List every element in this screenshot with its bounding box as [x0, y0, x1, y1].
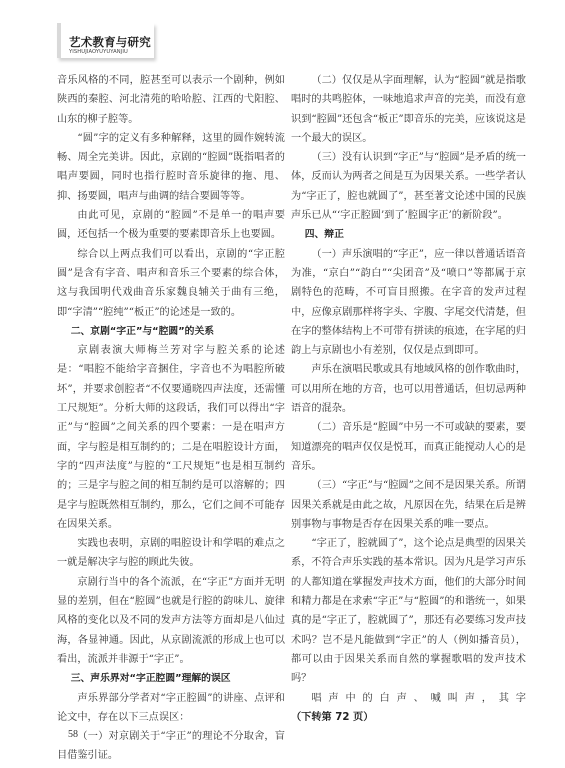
paragraph: 音乐风格的不同，腔甚至可以表示一个剧种，例如陕西的秦腔、河北清苑的哈哈腔、江西的…	[57, 71, 285, 129]
paragraph: 由此可见，京剧的“腔圆”不是单一的唱声要圆，还包括一个极为重要的要素即音乐上也要…	[57, 206, 285, 245]
paragraph: （二）音乐是“腔圆”中另一不可或缺的要素，要知道漂亮的唱声仅仅是悦耳，而真正能搅…	[291, 418, 526, 476]
journal-pinyin: YISHUJIAOYUYUYANJIU	[69, 49, 128, 55]
paragraph: 声乐在演唱民歌或具有地域风格的创作歌曲时，可以用所在地的方音，也可以用普通话，但…	[291, 360, 526, 418]
paragraph: 实践也表明，京剧的唱腔设计和学唱的难点之一就是解决字与腔的顾此失彼。	[57, 534, 285, 573]
paragraph: （一）声乐演唱的“字正”，应一律以普通话语音为准，“京白”“韵白”“尖团音”及“…	[291, 245, 526, 361]
paragraph: “字正了，腔就圆了”，这个论点是典型的因果关系，不符合声乐实践的基本常识。因为凡…	[291, 534, 526, 688]
journal-title: 艺术教育与研究	[69, 34, 151, 50]
journal-masthead: 艺术教育与研究 YISHUJIAOYUYUYANJIU	[57, 23, 154, 58]
page-number: 58	[68, 729, 78, 740]
section-heading-4: 四、辩正	[291, 225, 526, 244]
paragraph-text: 唱声中的白声、喊叫声，其字	[311, 693, 526, 704]
paragraph: 声乐界部分学者对“字正腔圆”的讲座、点评和论文中，存在以下三点误区：	[57, 689, 285, 728]
paragraph: （二）仅仅是从字面理解，认为“腔圆”就是指歌唱时的共鸣腔体，一味地追求声音的完美…	[291, 71, 526, 148]
paragraph: “圆”字的定义有多种解释，这里的圆作婉转流畅、周全完美讲。因此，京剧的“腔圆”既…	[57, 129, 285, 206]
paragraph: 京剧表演大师梅兰芳对字与腔关系的论述是：“唱腔不能给字音捆住，字音也不为唱腔所破…	[57, 341, 285, 534]
paragraph: （三）没有认识到“字正”与“腔圆”是矛盾的统一体，反而认为两者之间是互为因果关系…	[291, 148, 526, 225]
section-heading-3: 三、声乐界对“字正腔圆”理解的误区	[57, 669, 285, 688]
section-heading-2: 二、京剧“字正”与“腔圆”的关系	[57, 322, 285, 341]
paragraph: （三）“字正”与“腔圆”之间不是因果关系。所谓因果关系就是由此之故，凡原因在先，…	[291, 476, 526, 534]
paragraph-continued: 唱声中的白声、喊叫声，其字（下转第 72 页）	[291, 689, 526, 728]
paragraph: （一）对京剧关于“字正”的理论不分取舍，盲目借鉴引证。	[57, 727, 285, 766]
paragraph: 综合以上两点我们可以看出，京剧的“字正腔圆”是含有字音、唱声和音乐三个要素的综合…	[57, 245, 285, 322]
right-column: （二）仅仅是从字面理解，认为“腔圆”就是指歌唱时的共鸣腔体，一味地追求声音的完美…	[291, 71, 526, 727]
continued-on-page-link[interactable]: （下转第 72 页）	[291, 712, 373, 723]
paragraph: 京剧行当中的各个流派，在“字正”方面并无明显的差别，但在“腔圆”也就是行腔的韵味…	[57, 573, 285, 669]
left-column: 音乐风格的不同，腔甚至可以表示一个剧种，例如陕西的秦腔、河北清苑的哈哈腔、江西的…	[57, 71, 285, 766]
